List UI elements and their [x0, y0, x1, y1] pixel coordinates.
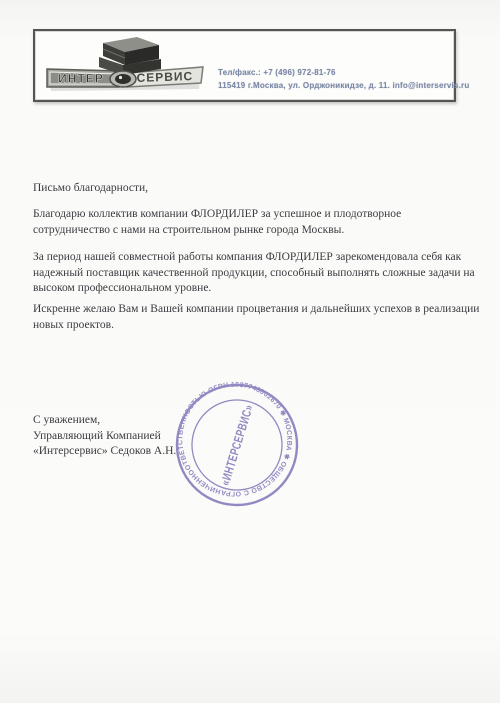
stamp-center-text: «ИНТЕРСЕРВИС»	[218, 403, 256, 487]
signature-block: С уважением, Управляющий Компанией «Инте…	[33, 413, 176, 460]
contact-phone: Тел/факс.: +7 (496) 972-81-76	[218, 66, 469, 79]
paragraph-2-line-3: высоком профессиональном уровне.	[33, 281, 475, 297]
paragraph-3-line-1: Искренне желаю Вам и Вашей компании проц…	[33, 302, 479, 318]
letterhead-box: ИНТЕР СЕРВИС Тел/факс.: +7 (496) 972-81-…	[33, 29, 456, 102]
paragraph-1-line-2: сотрудничество с нами на строительном ры…	[33, 223, 401, 239]
paragraph-1: Благодарю коллектив компании ФЛОРДИЛЕР з…	[33, 207, 401, 238]
company-stamp: ОТВЕТСТВЕННОСТЬЮ ОГРН 1087748002670 ✱ МО…	[167, 375, 308, 516]
signature-line-title: Управляющий Компанией	[33, 429, 176, 445]
signature-line-regards: С уважением,	[33, 413, 176, 429]
logo-word-servis: СЕРВИС	[136, 69, 193, 85]
paragraph-1-line-1: Благодарю коллектив компании ФЛОРДИЛЕР з…	[33, 207, 401, 223]
stamp-graphic: ОТВЕТСТВЕННОСТЬЮ ОГРН 1087748002670 ✱ МО…	[167, 375, 308, 516]
logo-word-inter: ИНТЕР	[58, 72, 104, 86]
signature-line-name: «Интерсервис» Седоков А.Н.	[33, 444, 176, 460]
contact-address: 115419 г.Москва, ул. Орджоникидзе, д. 11…	[218, 79, 469, 92]
paragraph-3-line-2: новых проектов.	[33, 318, 479, 334]
paragraph-3: Искренне желаю Вам и Вашей компании проц…	[33, 302, 479, 333]
logo-graphic: ИНТЕР СЕРВИС	[41, 33, 213, 99]
salutation: Письмо благодарности,	[33, 181, 148, 197]
interservis-logo: ИНТЕР СЕРВИС	[41, 33, 213, 104]
contact-block: Тел/факс.: +7 (496) 972-81-76 115419 г.М…	[218, 66, 469, 92]
paragraph-2-line-1: За период нашей совместной работы компан…	[33, 250, 475, 266]
letter-page: ИНТЕР СЕРВИС Тел/факс.: +7 (496) 972-81-…	[0, 0, 500, 703]
paragraph-2-line-2: надежный поставщик качественной продукци…	[33, 266, 475, 282]
paragraph-2: За период нашей совместной работы компан…	[33, 250, 475, 297]
